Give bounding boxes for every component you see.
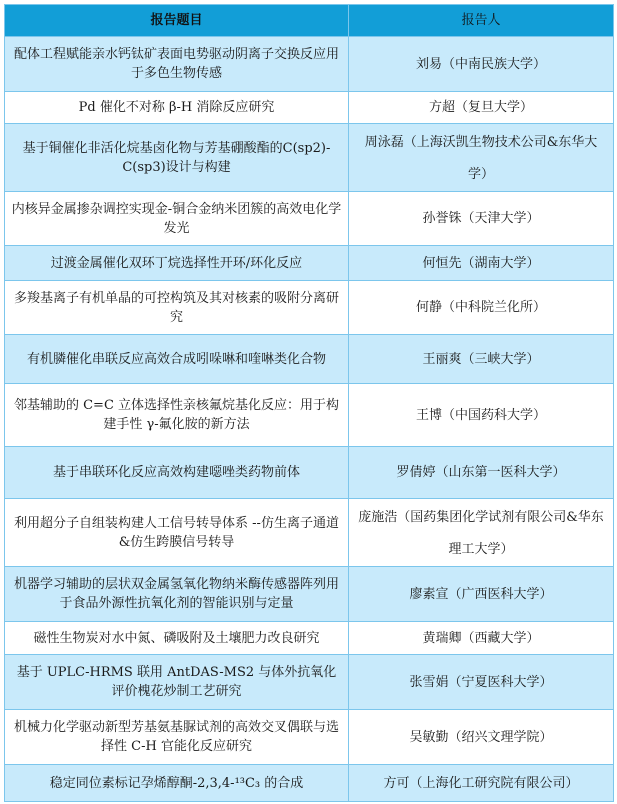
report-title: 多羧基离子有机单晶的可控构筑及其对核素的吸附分离研究 (5, 281, 349, 335)
report-speaker: 孙誉铢（天津大学） (349, 192, 614, 246)
report-title: Pd 催化不对称 β-H 消除反应研究 (5, 92, 349, 124)
report-title: 磁性生物炭对水中氮、磷吸附及土壤肥力改良研究 (5, 622, 349, 655)
table-row: 利用超分子自组装构建人工信号转导体系 --仿生离子通道&仿生跨膜信号转导 庞施浩… (5, 499, 614, 567)
report-title: 配体工程赋能亲水钙钛矿表面电势驱动阴离子交换反应用于多色生物传感 (5, 37, 349, 92)
report-speaker: 方可（上海化工研究院有限公司） (349, 765, 614, 802)
report-speaker: 何静（中科院兰化所） (349, 281, 614, 335)
table-row: 稳定同位素标记孕烯醇酮-2,3,4-¹³C₃ 的合成 方可（上海化工研究院有限公… (5, 765, 614, 802)
report-speaker: 罗倩婷（山东第一医科大学） (349, 447, 614, 499)
table-row: 基于串联环化反应高效构建噁唑类药物前体 罗倩婷（山东第一医科大学） (5, 447, 614, 499)
table-row: 机械力化学驱动新型芳基氨基脲试剂的高效交叉偶联与选择性 C-H 官能化反应研究 … (5, 710, 614, 765)
report-speaker: 张雪娟（宁夏医科大学） (349, 655, 614, 710)
table-row: 配体工程赋能亲水钙钛矿表面电势驱动阴离子交换反应用于多色生物传感 刘易（中南民族… (5, 37, 614, 92)
table-row: 磁性生物炭对水中氮、磷吸附及土壤肥力改良研究 黄瑞卿（西藏大学） (5, 622, 614, 655)
report-title: 机器学习辅助的层状双金属氢氧化物纳米酶传感器阵列用于食品外源性抗氧化剂的智能识别… (5, 567, 349, 622)
report-speaker: 廖素宣（广西医科大学） (349, 567, 614, 622)
report-schedule-table: 报告题目 报告人 配体工程赋能亲水钙钛矿表面电势驱动阴离子交换反应用于多色生物传… (4, 4, 614, 802)
report-title: 内核异金属掺杂调控实现金-铜合金纳米团簇的高效电化学发光 (5, 192, 349, 246)
report-speaker: 庞施浩（国药集团化学试剂有限公司&华东理工大学） (349, 499, 614, 567)
report-speaker: 何恒先（湖南大学） (349, 246, 614, 281)
report-title: 过渡金属催化双环丁烷选择性开环/环化反应 (5, 246, 349, 281)
report-speaker: 方超（复旦大学） (349, 92, 614, 124)
report-title: 基于铜催化非活化烷基卤化物与芳基硼酸酯的C(sp2)-C(sp3)设计与构建 (5, 124, 349, 192)
table-row: 邻基辅助的 C=C 立体选择性亲核氟烷基化反应：用于构建手性 γ-氟化胺的新方法… (5, 384, 614, 447)
table-row: 有机膦催化串联反应高效合成吲哚啉和喹啉类化合物 王丽爽（三峡大学） (5, 335, 614, 384)
table-row: 基于铜催化非活化烷基卤化物与芳基硼酸酯的C(sp2)-C(sp3)设计与构建 周… (5, 124, 614, 192)
table-row: 内核异金属掺杂调控实现金-铜合金纳米团簇的高效电化学发光 孙誉铢（天津大学） (5, 192, 614, 246)
report-title: 稳定同位素标记孕烯醇酮-2,3,4-¹³C₃ 的合成 (5, 765, 349, 802)
report-speaker: 王博（中国药科大学） (349, 384, 614, 447)
header-speaker: 报告人 (349, 5, 614, 37)
report-speaker: 周泳磊（上海沃凯生物技术公司&东华大学） (349, 124, 614, 192)
table-row: 过渡金属催化双环丁烷选择性开环/环化反应 何恒先（湖南大学） (5, 246, 614, 281)
report-title: 邻基辅助的 C=C 立体选择性亲核氟烷基化反应：用于构建手性 γ-氟化胺的新方法 (5, 384, 349, 447)
table-row: 基于 UPLC-HRMS 联用 AntDAS-MS2 与体外抗氧化评价槐花炒制工… (5, 655, 614, 710)
table-row: 多羧基离子有机单晶的可控构筑及其对核素的吸附分离研究 何静（中科院兰化所） (5, 281, 614, 335)
table-row: Pd 催化不对称 β-H 消除反应研究 方超（复旦大学） (5, 92, 614, 124)
report-title: 利用超分子自组装构建人工信号转导体系 --仿生离子通道&仿生跨膜信号转导 (5, 499, 349, 567)
report-title: 基于串联环化反应高效构建噁唑类药物前体 (5, 447, 349, 499)
report-speaker: 王丽爽（三峡大学） (349, 335, 614, 384)
header-title: 报告题目 (5, 5, 349, 37)
report-speaker: 吴敏勤（绍兴文理学院） (349, 710, 614, 765)
report-title: 机械力化学驱动新型芳基氨基脲试剂的高效交叉偶联与选择性 C-H 官能化反应研究 (5, 710, 349, 765)
table-header-row: 报告题目 报告人 (5, 5, 614, 37)
report-speaker: 刘易（中南民族大学） (349, 37, 614, 92)
report-speaker: 黄瑞卿（西藏大学） (349, 622, 614, 655)
report-title: 有机膦催化串联反应高效合成吲哚啉和喹啉类化合物 (5, 335, 349, 384)
report-title: 基于 UPLC-HRMS 联用 AntDAS-MS2 与体外抗氧化评价槐花炒制工… (5, 655, 349, 710)
table-row: 机器学习辅助的层状双金属氢氧化物纳米酶传感器阵列用于食品外源性抗氧化剂的智能识别… (5, 567, 614, 622)
